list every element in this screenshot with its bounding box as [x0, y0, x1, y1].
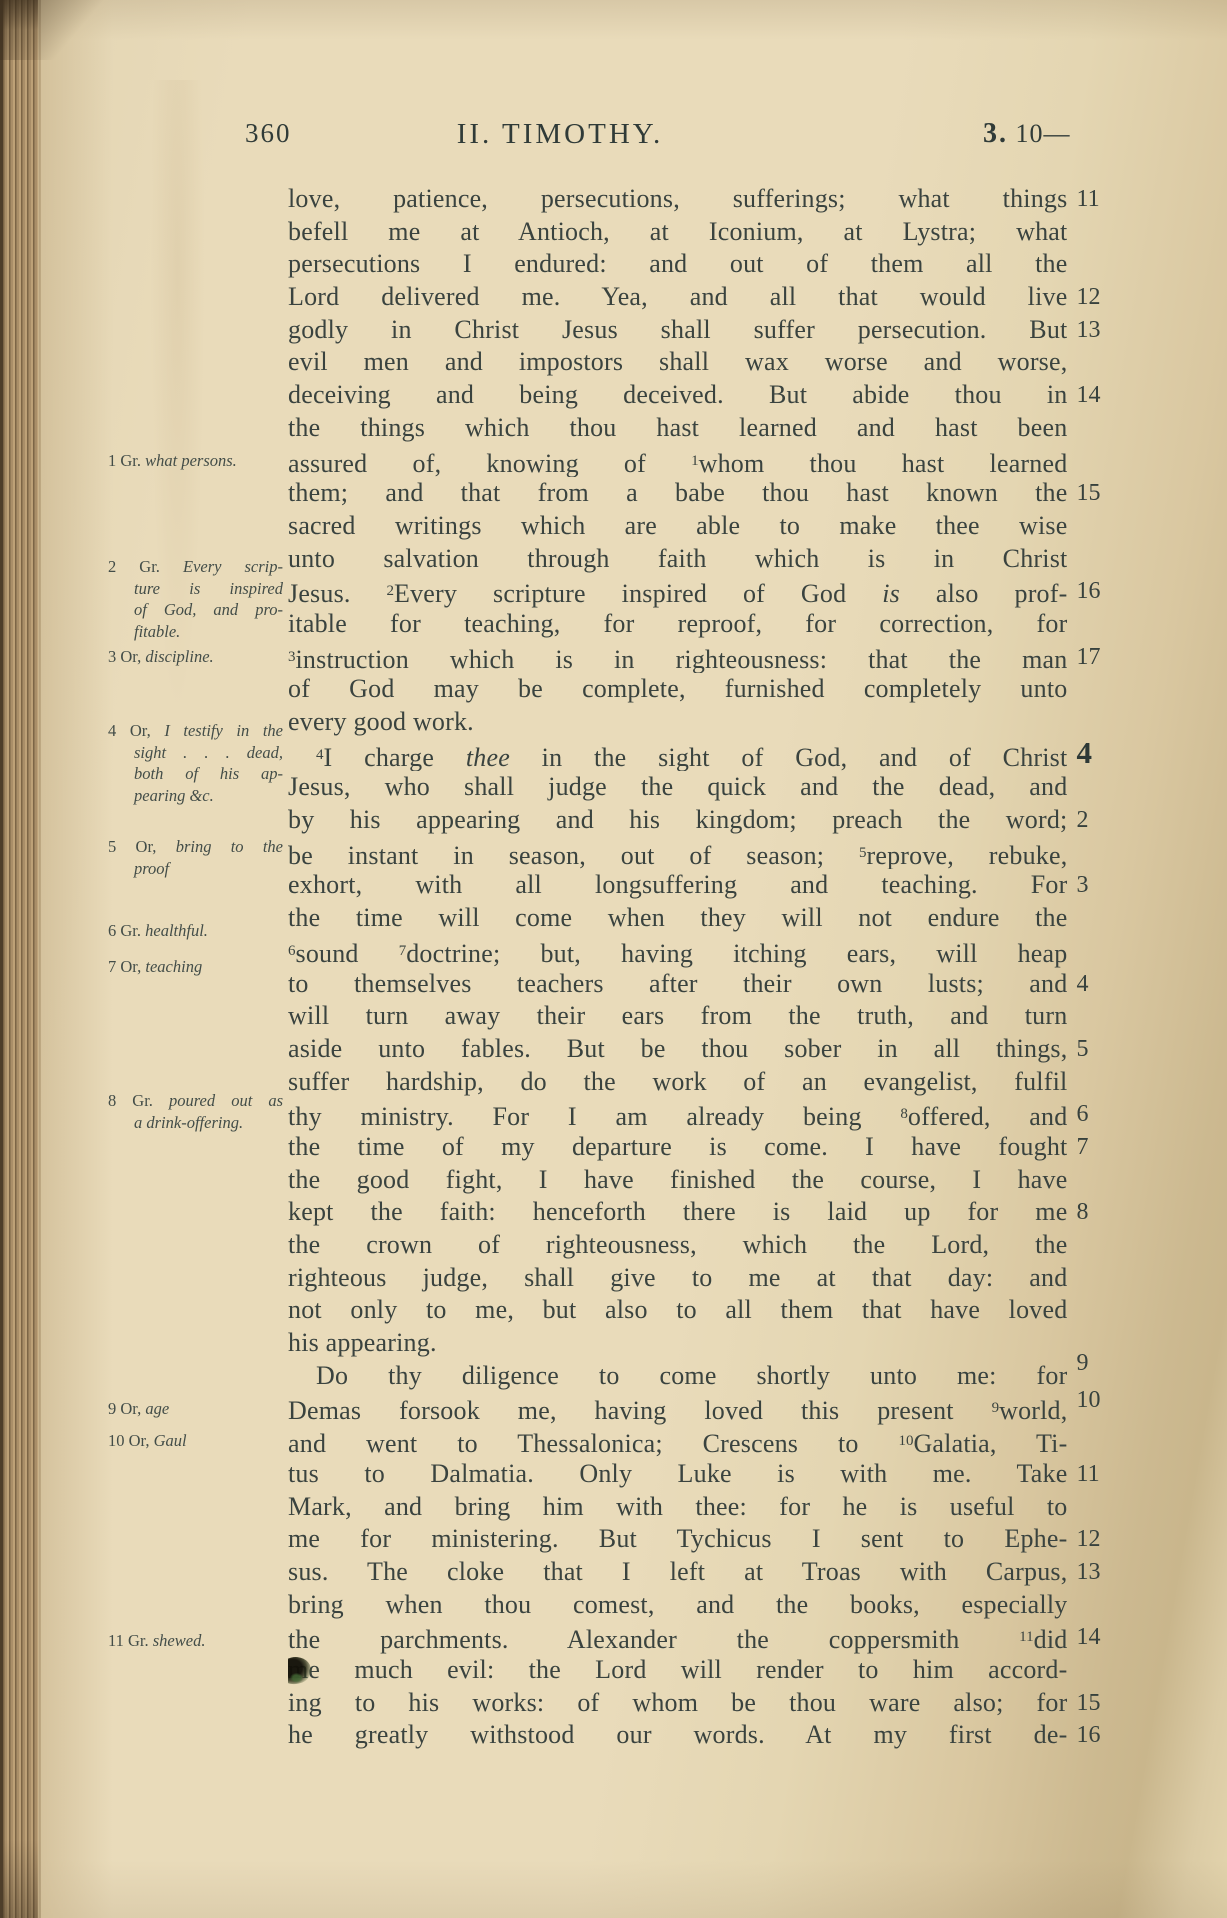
text-line-content: Jesus. 2Every scripture inspired of God … — [288, 575, 1067, 608]
margin-note: 2 Gr. Every scrip-ture is inspiredof God… — [108, 556, 283, 642]
verse-number — [1067, 771, 1124, 804]
binding-fade — [38, 0, 113, 1918]
text-line-content: exhort, with all longsuffering and teach… — [288, 869, 1067, 902]
text-line: sacred writings which are able to make t… — [288, 510, 1124, 543]
verse-number: 7 — [1067, 1131, 1124, 1164]
text-line-content: Do thy diligence to come shortly unto me… — [288, 1360, 1067, 1393]
verse-number — [1067, 510, 1124, 543]
text-line-content: be instant in season, out of season; 5re… — [288, 837, 1067, 870]
margin-note-line: fitable. — [108, 621, 283, 643]
text-line-content: suffer hardship, do the work of an evang… — [288, 1066, 1067, 1099]
text-line: the good fight, I have finished the cour… — [288, 1164, 1124, 1197]
verse-number: 3 — [1067, 869, 1124, 902]
margin-note-line: 1 Gr. what persons. — [108, 450, 283, 472]
margin-note: 10 Or, Gaul — [108, 1430, 283, 1452]
margin-note-line: pearing &c. — [108, 785, 283, 807]
text-line: tus to Dalmatia. Only Luke is with me. T… — [288, 1458, 1124, 1491]
text-line: by his appearing and his kingdom; preach… — [288, 804, 1124, 837]
text-line: every good work. — [288, 706, 1124, 739]
text-line-content: bring when thou comest, and the books, e… — [288, 1589, 1067, 1622]
text-line-content: me for ministering. But Tychicus I sent … — [288, 1523, 1067, 1556]
verse-number — [1067, 1294, 1124, 1327]
text-line: them; and that from a babe thou hast kno… — [288, 477, 1124, 510]
verse-number — [1067, 1066, 1124, 1099]
verse-number: 9 — [1067, 1347, 1124, 1380]
text-line-content: Demas forsook me, having loved this pres… — [288, 1392, 1067, 1425]
text-line-content: the parchments. Alexander the coppersmit… — [288, 1621, 1067, 1654]
margin-note: 6 Gr. healthful. — [108, 920, 283, 942]
margin-note: 7 Or, teaching — [108, 956, 283, 978]
text-line: love, patience, persecutions, sufferings… — [288, 183, 1124, 216]
verse-number — [1067, 1491, 1124, 1524]
verse-reference-chapter: 3. — [983, 118, 1008, 149]
margin-note: 9 Or, age — [108, 1398, 283, 1420]
verse-number — [1067, 673, 1124, 706]
verse-reference: 3. 10— — [983, 118, 1071, 150]
text-line: me much evil: the Lord will render to hi… — [288, 1654, 1124, 1687]
text-line-content: every good work. — [288, 706, 1067, 739]
text-line: his appearing. — [288, 1327, 1124, 1360]
verse-number — [1067, 935, 1124, 968]
text-line-content: unto salvation through faith which is in… — [288, 543, 1067, 576]
verse-number: 12 — [1067, 1523, 1124, 1556]
margin-note: 3 Or, discipline. — [108, 646, 283, 668]
verse-number — [1067, 1164, 1124, 1197]
verse-number: 13 — [1067, 1556, 1124, 1589]
verse-number: 4 — [1067, 737, 1124, 770]
text-line-content: the time of my departure is come. I have… — [288, 1131, 1067, 1164]
text-line-content: tus to Dalmatia. Only Luke is with me. T… — [288, 1458, 1067, 1491]
text-line: kept the faith: henceforth there is laid… — [288, 1196, 1124, 1229]
text-line-content: sus. The cloke that I left at Troas with… — [288, 1556, 1067, 1589]
text-line: godly in Christ Jesus shall suffer perse… — [288, 314, 1124, 347]
margin-note-line: 2 Gr. Every scrip- — [108, 556, 283, 578]
text-line: assured of, knowing of 1whom thou hast l… — [288, 445, 1124, 478]
text-line-content: 6sound 7doctrine; but, having itching ea… — [288, 935, 1067, 968]
text-line: Mark, and bring him with thee: for he is… — [288, 1491, 1124, 1524]
margin-note-line: 9 Or, age — [108, 1398, 283, 1420]
text-line-content: itable for teaching, for reproof, for co… — [288, 608, 1067, 641]
verse-number — [1067, 1654, 1124, 1687]
text-line: bring when thou comest, and the books, e… — [288, 1589, 1124, 1622]
verse-number — [1067, 837, 1124, 870]
corner-shadow — [0, 0, 110, 60]
margin-notes: 1 Gr. what persons.2 Gr. Every scrip-tur… — [108, 0, 286, 1918]
margin-note: 11 Gr. shewed. — [108, 1630, 283, 1652]
text-line-content: befell me at Antioch, at Iconium, at Lys… — [288, 216, 1067, 249]
verse-number: 13 — [1067, 314, 1124, 347]
verse-number — [1067, 412, 1124, 445]
text-line-content: Mark, and bring him with thee: for he is… — [288, 1491, 1067, 1524]
text-line-content: ing to his works: of whom be thou ware a… — [288, 1687, 1067, 1720]
margin-note-line: 6 Gr. healthful. — [108, 920, 283, 942]
verse-number — [1067, 216, 1124, 249]
verse-number: 8 — [1067, 1196, 1124, 1229]
text-line-content: not only to me, but also to all them tha… — [288, 1294, 1067, 1327]
text-line: be instant in season, out of season; 5re… — [288, 837, 1124, 870]
text-line-content: the things which thou hast learned and h… — [288, 412, 1067, 445]
text-line: exhort, with all longsuffering and teach… — [288, 869, 1124, 902]
text-line: 4I charge thee in the sight of God, and … — [288, 739, 1124, 772]
text-line: Lord delivered me. Yea, and all that wou… — [288, 281, 1124, 314]
text-line-content: deceiving and being deceived. But abide … — [288, 379, 1067, 412]
verse-number: 16 — [1067, 1719, 1124, 1752]
text-line: suffer hardship, do the work of an evang… — [288, 1066, 1124, 1099]
verse-number: 2 — [1067, 804, 1124, 837]
text-line-content: evil men and impostors shall wax worse a… — [288, 346, 1067, 379]
text-line: me for ministering. But Tychicus I sent … — [288, 1523, 1124, 1556]
margin-note-line: a drink-offering. — [108, 1112, 283, 1134]
text-line-content: 4I charge thee in the sight of God, and … — [288, 739, 1067, 772]
text-line-content: aside unto fables. But be thou sober in … — [288, 1033, 1067, 1066]
text-line: will turn away their ears from the truth… — [288, 1000, 1124, 1033]
verse-number: 6 — [1067, 1098, 1124, 1131]
verse-number: 11 — [1067, 183, 1124, 216]
verse-number — [1067, 902, 1124, 935]
text-line: righteous judge, shall give to me at tha… — [288, 1262, 1124, 1295]
margin-note-line: 7 Or, teaching — [108, 956, 283, 978]
text-line-content: sacred writings which are able to make t… — [288, 510, 1067, 543]
text-line-content: assured of, knowing of 1whom thou hast l… — [288, 445, 1067, 478]
verse-number — [1067, 1229, 1124, 1262]
verse-number: 17 — [1067, 641, 1124, 674]
text-line: Do thy diligence to come shortly unto me… — [288, 1360, 1124, 1393]
verse-number: 15 — [1067, 1687, 1124, 1720]
text-line: evil men and impostors shall wax worse a… — [288, 346, 1124, 379]
text-line-content: the good fight, I have finished the cour… — [288, 1164, 1067, 1197]
text-line: the crown of righteousness, which the Lo… — [288, 1229, 1124, 1262]
text-line-content: the crown of righteousness, which the Lo… — [288, 1229, 1067, 1262]
verse-number — [1067, 445, 1124, 478]
verse-number — [1067, 1589, 1124, 1622]
text-line: itable for teaching, for reproof, for co… — [288, 608, 1124, 641]
margin-note-line: ture is inspired — [108, 578, 283, 600]
text-line: aside unto fables. But be thou sober in … — [288, 1033, 1124, 1066]
text-line: befell me at Antioch, at Iconium, at Lys… — [288, 216, 1124, 249]
text-line-content: me much evil: the Lord will render to hi… — [288, 1654, 1067, 1687]
text-line: and went to Thessalonica; Crescens to 10… — [288, 1425, 1124, 1458]
margin-note: 8 Gr. poured out asa drink-offering. — [108, 1090, 283, 1133]
text-line: the time will come when they will not en… — [288, 902, 1124, 935]
verse-number: 14 — [1067, 1621, 1124, 1654]
verse-number: 5 — [1067, 1033, 1124, 1066]
text-line-content: Jesus, who shall judge the quick and the… — [288, 771, 1067, 804]
text-line: not only to me, but also to all them tha… — [288, 1294, 1124, 1327]
verse-number — [1067, 1262, 1124, 1295]
text-line-content: Lord delivered me. Yea, and all that wou… — [288, 281, 1067, 314]
text-line-content: persecutions I endured: and out of them … — [288, 248, 1067, 281]
verse-number — [1067, 608, 1124, 641]
text-line: Demas forsook me, having loved this pres… — [288, 1392, 1124, 1425]
text-line-content: to themselves teachers after their own l… — [288, 968, 1067, 1001]
verse-number: 14 — [1067, 379, 1124, 412]
margin-note-line: 10 Or, Gaul — [108, 1430, 283, 1452]
text-line-content: godly in Christ Jesus shall suffer perse… — [288, 314, 1067, 347]
text-line-content: righteous judge, shall give to me at tha… — [288, 1262, 1067, 1295]
verse-number: 15 — [1067, 477, 1124, 510]
text-line: Jesus, who shall judge the quick and the… — [288, 771, 1124, 804]
text-line-content: kept the faith: henceforth there is laid… — [288, 1196, 1067, 1229]
margin-note-line: 3 Or, discipline. — [108, 646, 283, 668]
text-line: he greatly withstood our words. At my fi… — [288, 1719, 1124, 1752]
text-line-content: will turn away their ears from the truth… — [288, 1000, 1067, 1033]
text-line: to themselves teachers after their own l… — [288, 968, 1124, 1001]
text-line: the time of my departure is come. I have… — [288, 1131, 1124, 1164]
margin-note: 4 Or, I testify in thesight . . . dead,b… — [108, 720, 283, 806]
text-line: deceiving and being deceived. But abide … — [288, 379, 1124, 412]
margin-note-line: 4 Or, I testify in the — [108, 720, 283, 742]
verse-number: 16 — [1067, 575, 1124, 608]
text-line-content: love, patience, persecutions, sufferings… — [288, 183, 1067, 216]
text-line: the parchments. Alexander the coppersmit… — [288, 1621, 1124, 1654]
text-line: thy ministry. For I am already being 8of… — [288, 1098, 1124, 1131]
text-line-content: thy ministry. For I am already being 8of… — [288, 1098, 1067, 1131]
verse-number — [1067, 1000, 1124, 1033]
text-line: persecutions I endured: and out of them … — [288, 248, 1124, 281]
book-page: 360 II. TIMOTHY. 3. 10— 1 Gr. what perso… — [0, 0, 1227, 1918]
body-text: love, patience, persecutions, sufferings… — [288, 183, 1124, 1752]
margin-note-line: 8 Gr. poured out as — [108, 1090, 283, 1112]
text-line-content: the time will come when they will not en… — [288, 902, 1067, 935]
margin-note-line: both of his ap- — [108, 763, 283, 785]
text-line-content: of God may be complete, furnished comple… — [288, 673, 1067, 706]
margin-note-line: of God, and pro- — [108, 599, 283, 621]
margin-note-line: 11 Gr. shewed. — [108, 1630, 283, 1652]
text-line: Jesus. 2Every scripture inspired of God … — [288, 575, 1124, 608]
margin-note: 1 Gr. what persons. — [108, 450, 283, 472]
verse-number: 10 — [1067, 1384, 1124, 1417]
ink-blot: me — [288, 1655, 320, 1684]
verse-number — [1067, 346, 1124, 379]
verse-number: 4 — [1067, 968, 1124, 1001]
verse-number: 12 — [1067, 281, 1124, 314]
verse-number — [1067, 248, 1124, 281]
book-binding-edge — [0, 0, 41, 1918]
text-line: unto salvation through faith which is in… — [288, 543, 1124, 576]
text-line: 6sound 7doctrine; but, having itching ea… — [288, 935, 1124, 968]
margin-note-line: sight . . . dead, — [108, 742, 283, 764]
margin-note-line: proof — [108, 858, 283, 880]
text-line: sus. The cloke that I left at Troas with… — [288, 1556, 1124, 1589]
margin-note-line: 5 Or, bring to the — [108, 836, 283, 858]
verse-number — [1067, 1425, 1124, 1458]
text-line: of God may be complete, furnished comple… — [288, 673, 1124, 706]
text-line-content: he greatly withstood our words. At my fi… — [288, 1719, 1067, 1752]
verse-reference-rest: 10— — [1016, 119, 1071, 148]
text-line-content: 3instruction which is in righteousness: … — [288, 641, 1067, 674]
text-line-content: his appearing. — [288, 1327, 1067, 1360]
text-line-content: and went to Thessalonica; Crescens to 10… — [288, 1425, 1067, 1458]
text-line: the things which thou hast learned and h… — [288, 412, 1124, 445]
verse-number: 11 — [1067, 1458, 1124, 1491]
text-line-content: them; and that from a babe thou hast kno… — [288, 477, 1067, 510]
text-line: 3instruction which is in righteousness: … — [288, 641, 1124, 674]
verse-number — [1067, 543, 1124, 576]
text-line: ing to his works: of whom be thou ware a… — [288, 1687, 1124, 1720]
text-line-content: by his appearing and his kingdom; preach… — [288, 804, 1067, 837]
margin-note: 5 Or, bring to theproof — [108, 836, 283, 879]
